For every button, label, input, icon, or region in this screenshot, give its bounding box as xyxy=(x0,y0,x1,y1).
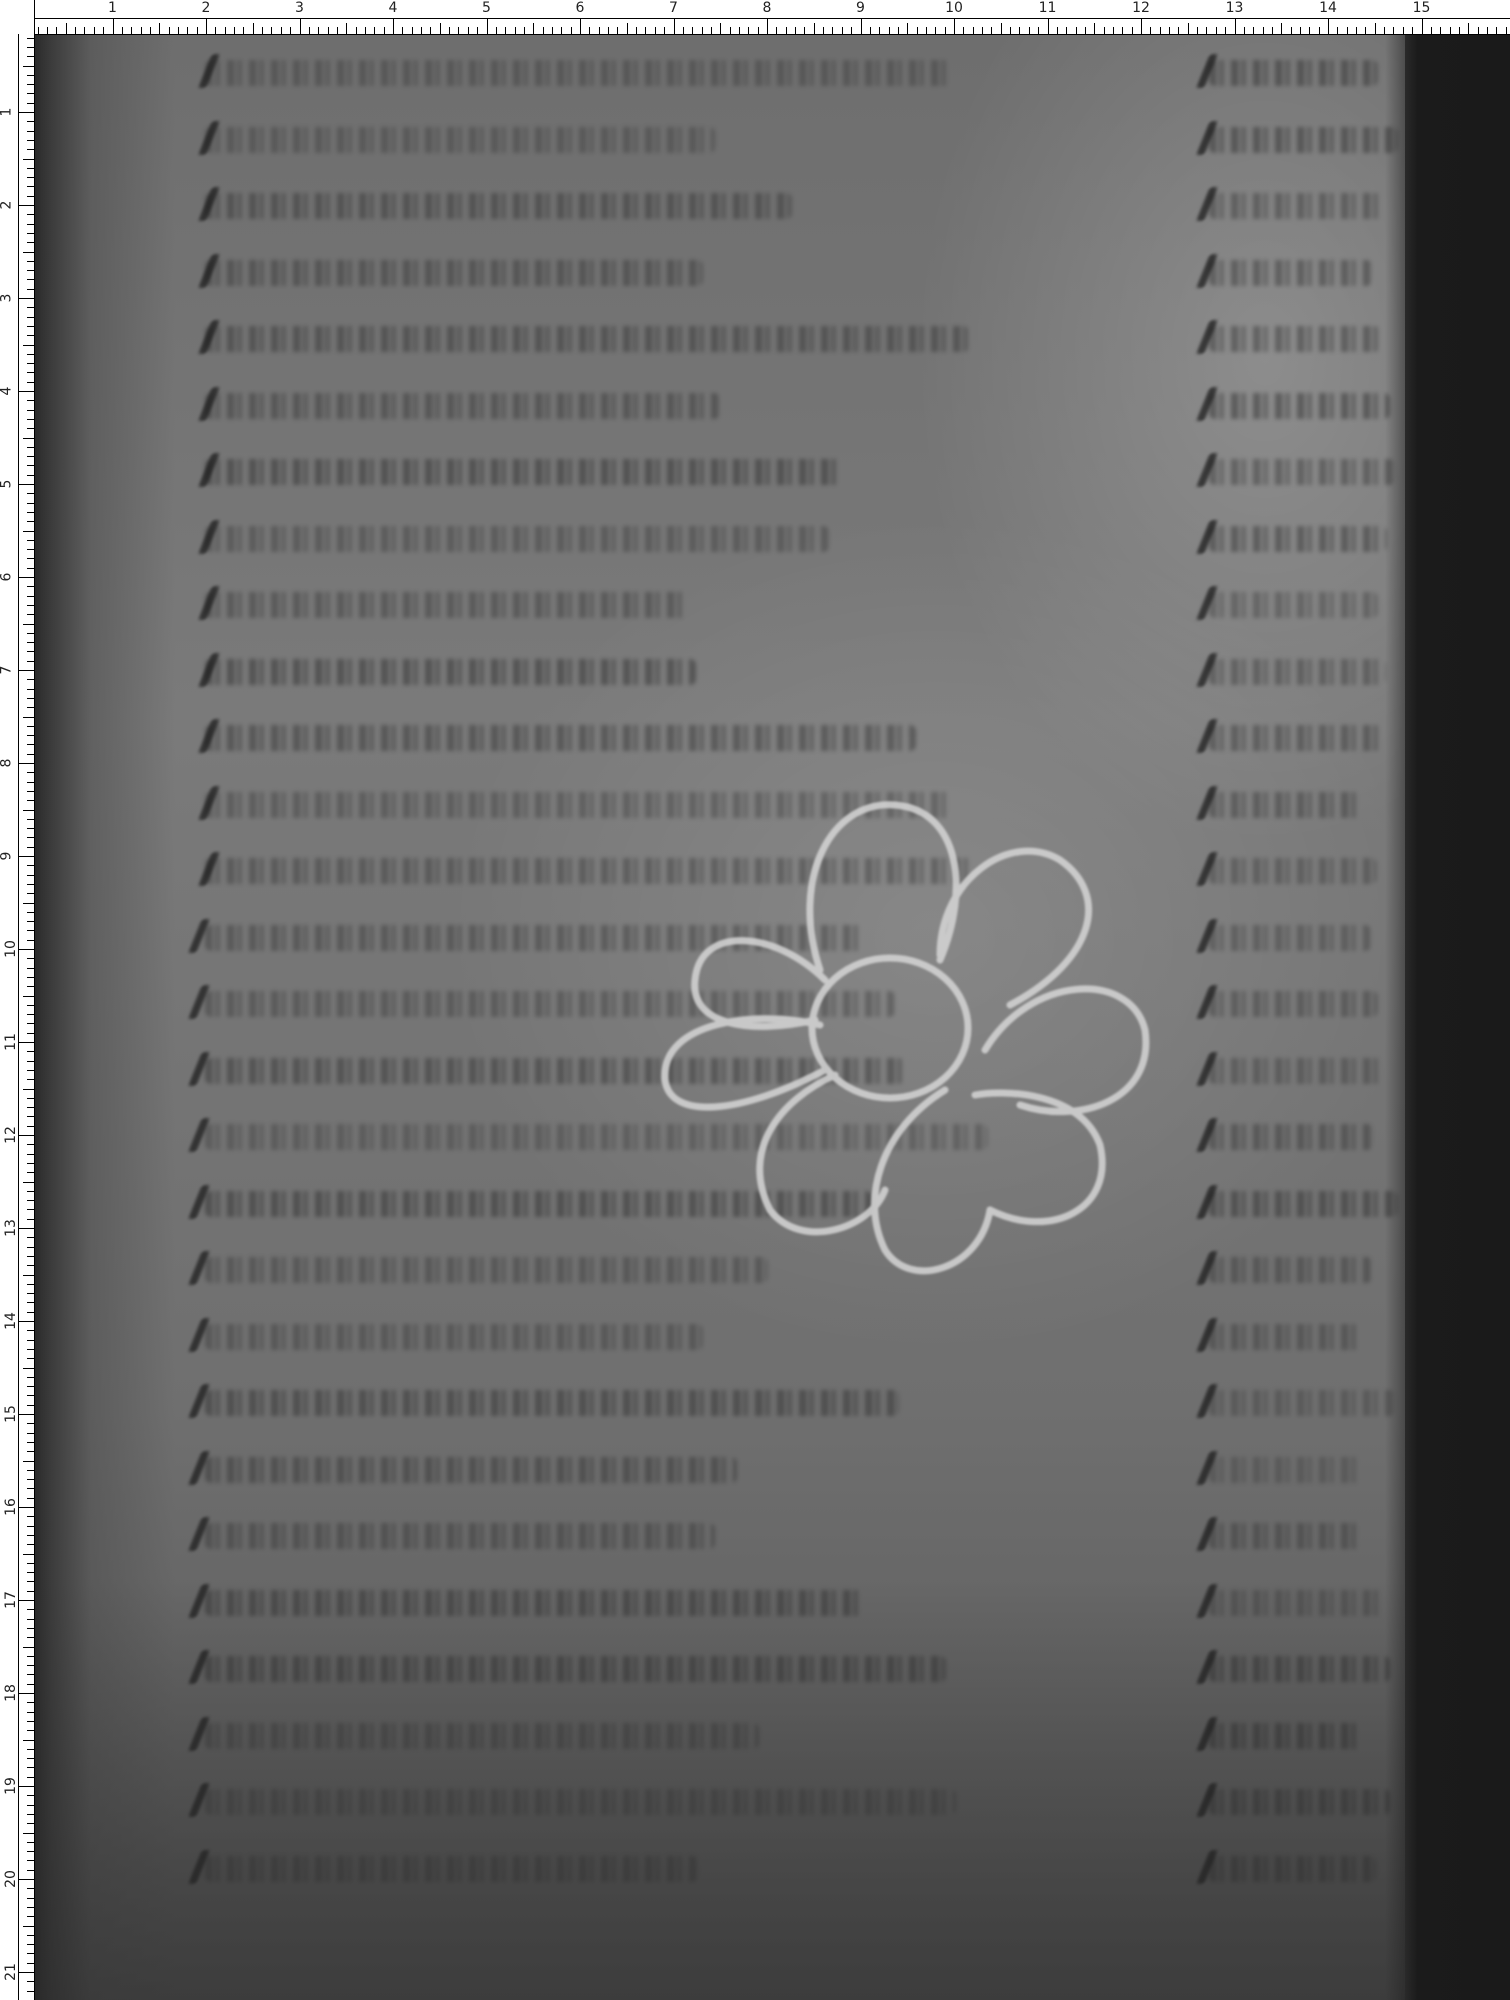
ruler-tick xyxy=(786,27,787,34)
manuscript-line xyxy=(1209,725,1381,751)
ruler-tick xyxy=(27,754,34,755)
manuscript-line xyxy=(1209,991,1378,1017)
ruler-tick xyxy=(720,23,721,34)
ruler-tick xyxy=(1263,27,1264,34)
ruler-tick xyxy=(27,279,34,280)
ruler-tick xyxy=(27,977,34,978)
ruler-tick xyxy=(702,27,703,34)
ruler-tick xyxy=(27,1256,34,1257)
ruler-tick xyxy=(1048,18,1049,34)
ruler-tick xyxy=(27,986,34,987)
manuscript-line xyxy=(1209,60,1378,86)
ruler-tick xyxy=(27,1358,34,1359)
ruler-tick xyxy=(1235,18,1236,34)
ruler-tick xyxy=(18,949,34,950)
ruler-tick xyxy=(27,317,34,318)
ruler-tick xyxy=(23,624,34,625)
ruler-tick xyxy=(1431,27,1432,34)
ruler-tick xyxy=(27,1163,34,1164)
ruler-tick xyxy=(870,27,871,34)
ruler-tick xyxy=(27,819,34,820)
manuscript-scan xyxy=(35,35,1510,2000)
ruler-tick xyxy=(23,810,34,811)
ruler-tick xyxy=(27,1916,34,1917)
ruler-tick xyxy=(27,1051,34,1052)
ruler-tick xyxy=(27,38,34,39)
ruler-tick xyxy=(711,27,712,34)
ruler-tick xyxy=(27,614,34,615)
ruler-tick xyxy=(27,419,34,420)
ruler-tick xyxy=(27,1237,34,1238)
ruler-tick xyxy=(27,1628,34,1629)
ruler-tick xyxy=(27,289,34,290)
manuscript-line xyxy=(205,659,696,685)
ruler-label: 4 xyxy=(389,0,398,16)
ruler-tick xyxy=(1085,27,1086,34)
ruler-tick xyxy=(27,1079,34,1080)
ruler-tick xyxy=(27,1312,34,1313)
ruler-tick xyxy=(27,1656,34,1657)
ruler-tick xyxy=(27,196,34,197)
ruler-tick xyxy=(27,1814,34,1815)
ruler-tick xyxy=(206,18,207,34)
ruler-tick xyxy=(487,18,488,34)
manuscript-line xyxy=(1209,1191,1398,1217)
ruler-tick xyxy=(243,27,244,34)
ruler-tick xyxy=(18,1693,34,1694)
ruler-tick xyxy=(1029,27,1030,34)
ruler-tick xyxy=(27,1823,34,1824)
manuscript-line xyxy=(1209,1124,1373,1150)
ruler-tick xyxy=(27,549,34,550)
ruler-tick xyxy=(23,903,34,904)
ruler-tick xyxy=(27,1005,34,1006)
ruler-tick xyxy=(18,1042,34,1043)
ruler-tick xyxy=(27,1116,34,1117)
manuscript-line xyxy=(205,60,953,86)
ruler-tick xyxy=(18,1321,34,1322)
ruler-corner xyxy=(0,0,34,34)
ruler-tick xyxy=(27,512,34,513)
ruler-tick xyxy=(27,1674,34,1675)
ruler-label: 7 xyxy=(0,666,14,675)
ruler-tick xyxy=(337,27,338,34)
ruler-tick xyxy=(23,66,34,67)
ruler-label: 3 xyxy=(0,294,14,303)
manuscript-line xyxy=(1209,858,1377,884)
ruler-label: 12 xyxy=(1132,0,1150,16)
ruler-label: 10 xyxy=(945,0,963,16)
ruler-label: 19 xyxy=(3,1777,19,1795)
ruler-tick xyxy=(131,27,132,34)
ruler-tick xyxy=(1300,27,1301,34)
ruler-tick xyxy=(27,791,34,792)
ruler-tick xyxy=(1066,27,1067,34)
ruler-label: 1 xyxy=(108,0,117,16)
ruler-tick xyxy=(945,27,946,34)
ruler-tick xyxy=(27,912,34,913)
ruler-tick xyxy=(75,27,76,34)
ruler-tick xyxy=(27,1591,34,1592)
ruler-tick xyxy=(94,27,95,34)
ruler-tick xyxy=(1309,27,1310,34)
ruler-tick xyxy=(84,27,85,34)
ruler-label: 21 xyxy=(3,1963,19,1981)
ruler-tick xyxy=(739,27,740,34)
ruler-tick xyxy=(113,18,114,34)
ruler-tick xyxy=(27,1098,34,1099)
ruler-tick xyxy=(27,1377,34,1378)
ruler-tick xyxy=(18,298,34,299)
ruler-tick xyxy=(27,382,34,383)
ruler-tick xyxy=(356,27,357,34)
ruler-tick xyxy=(27,698,34,699)
manuscript-line xyxy=(205,326,969,352)
ruler-label: 2 xyxy=(0,201,14,210)
ruler-label: 15 xyxy=(1413,0,1431,16)
ruler-tick xyxy=(477,27,478,34)
ruler-tick xyxy=(1076,27,1077,34)
ruler-tick xyxy=(27,521,34,522)
manuscript-line xyxy=(205,526,829,552)
manuscript-line xyxy=(1209,1523,1361,1549)
ruler-tick xyxy=(365,27,366,34)
ruler-tick xyxy=(27,893,34,894)
manuscript-line xyxy=(205,260,703,286)
ruler-tick xyxy=(27,1898,34,1899)
ruler-tick xyxy=(1412,27,1413,34)
ruler-tick xyxy=(505,27,506,34)
ruler-tick xyxy=(27,921,34,922)
ruler-tick xyxy=(1038,27,1039,34)
ruler-tick xyxy=(1468,23,1469,34)
ruler-label: 5 xyxy=(0,480,14,489)
ruler-tick xyxy=(27,410,34,411)
ruler-tick xyxy=(18,577,34,578)
ruler-tick xyxy=(23,1089,34,1090)
ruler-tick xyxy=(1057,27,1058,34)
ruler-tick xyxy=(758,27,759,34)
ruler-tick xyxy=(27,149,34,150)
ruler-tick xyxy=(1365,27,1366,34)
ruler-tick xyxy=(804,27,805,34)
ruler-tick xyxy=(27,140,34,141)
ruler-tick xyxy=(27,1172,34,1173)
ruler-tick xyxy=(27,1935,34,1936)
ruler-tick xyxy=(27,1405,34,1406)
ruler-tick xyxy=(27,307,34,308)
ruler-tick xyxy=(141,27,142,34)
ruler-tick xyxy=(27,1963,34,1964)
ruler-tick xyxy=(27,1953,34,1954)
ruler-tick xyxy=(18,1972,34,1973)
ruler-tick xyxy=(18,112,34,113)
ruler-tick xyxy=(27,1061,34,1062)
ruler-tick xyxy=(27,1870,34,1871)
ruler-tick xyxy=(27,828,34,829)
ruler-tick xyxy=(27,661,34,662)
ruler-tick xyxy=(27,1023,34,1024)
ruler-tick xyxy=(832,27,833,34)
ruler-tick xyxy=(27,679,34,680)
bottom-shadow xyxy=(35,1580,1510,2000)
ruler-tick xyxy=(1328,18,1329,34)
ruler-tick xyxy=(1122,27,1123,34)
ruler-tick xyxy=(1356,27,1357,34)
ruler-tick xyxy=(27,1284,34,1285)
ruler-tick xyxy=(674,18,675,34)
ruler-tick xyxy=(27,1944,34,1945)
ruler-tick xyxy=(27,744,34,745)
ruler-tick xyxy=(27,103,34,104)
ruler-tick xyxy=(23,159,34,160)
ruler-tick xyxy=(27,968,34,969)
ruler-tick xyxy=(27,1721,34,1722)
ruler-tick xyxy=(271,27,272,34)
ruler-tick xyxy=(27,1451,34,1452)
ruler-tick xyxy=(636,27,637,34)
ruler-tick xyxy=(374,27,375,34)
ruler-tick xyxy=(27,540,34,541)
ruler-tick xyxy=(608,27,609,34)
flower-drawing xyxy=(640,770,1160,1290)
ruler-tick xyxy=(23,1926,34,1927)
ruler-tick xyxy=(692,27,693,34)
ruler-tick xyxy=(27,75,34,76)
ruler-tick xyxy=(18,391,34,392)
manuscript-line xyxy=(205,1324,703,1350)
ruler-label: 17 xyxy=(3,1591,19,1609)
ruler-tick xyxy=(430,27,431,34)
ruler-tick xyxy=(18,1135,34,1136)
ruler-tick xyxy=(23,1833,34,1834)
ruler-tick xyxy=(27,689,34,690)
ruler-tick xyxy=(47,27,48,34)
ruler-tick xyxy=(496,27,497,34)
ruler-tick xyxy=(27,242,34,243)
ruler-tick xyxy=(27,1526,34,1527)
ruler-tick xyxy=(1393,27,1394,34)
ruler-tick xyxy=(178,27,179,34)
ruler-tick xyxy=(27,335,34,336)
ruler-tick xyxy=(27,735,34,736)
ruler-tick xyxy=(27,1572,34,1573)
ruler-tick xyxy=(627,23,628,34)
ruler-tick xyxy=(27,596,34,597)
ruler-tick xyxy=(197,27,198,34)
ruler-label: 11 xyxy=(3,1033,19,1051)
ruler-tick xyxy=(27,447,34,448)
ruler-label: 12 xyxy=(3,1126,19,1144)
ruler-label: 2 xyxy=(202,0,211,16)
ruler-tick xyxy=(861,18,862,34)
ruler-tick xyxy=(27,1581,34,1582)
ruler-tick xyxy=(402,27,403,34)
ruler-tick xyxy=(27,1265,34,1266)
ruler-tick xyxy=(27,782,34,783)
ruler-tick xyxy=(1178,27,1179,34)
ruler-tick xyxy=(27,261,34,262)
ruler-tick xyxy=(27,1795,34,1796)
ruler-tick xyxy=(1337,27,1338,34)
ruler-tick xyxy=(262,27,263,34)
ruler-tick xyxy=(1496,27,1497,34)
ruler-tick xyxy=(1132,27,1133,34)
ruler-tick xyxy=(27,1544,34,1545)
ruler-tick xyxy=(27,1144,34,1145)
ruler-tick xyxy=(27,726,34,727)
ruler-tick xyxy=(27,605,34,606)
ruler-label: 7 xyxy=(669,0,678,16)
manuscript-line xyxy=(1209,1390,1395,1416)
ruler-tick xyxy=(27,1219,34,1220)
ruler-tick xyxy=(543,27,544,34)
ruler-tick xyxy=(1001,23,1002,34)
ruler-tick xyxy=(617,27,618,34)
ruler-tick xyxy=(851,27,852,34)
ruler-tick xyxy=(215,27,216,34)
ruler-tick xyxy=(27,354,34,355)
ruler-tick xyxy=(571,27,572,34)
manuscript-line xyxy=(1209,260,1372,286)
ruler-tick xyxy=(533,23,534,34)
ruler-tick xyxy=(27,651,34,652)
ruler-tick xyxy=(27,428,34,429)
ruler-tick xyxy=(524,27,525,34)
ruler-tick xyxy=(1487,27,1488,34)
ruler-tick xyxy=(468,27,469,34)
ruler-tick xyxy=(776,27,777,34)
ruler-tick xyxy=(27,493,34,494)
ruler-tick xyxy=(27,1033,34,1034)
ruler-tick xyxy=(27,1191,34,1192)
ruler-tick xyxy=(27,875,34,876)
ruler-tick xyxy=(18,763,34,764)
ruler-tick xyxy=(580,18,581,34)
ruler-tick xyxy=(1440,27,1441,34)
ruler-tick xyxy=(27,1619,34,1620)
ruler-label: 9 xyxy=(0,852,14,861)
ruler-tick xyxy=(27,1851,34,1852)
ruler-tick xyxy=(1506,27,1507,34)
ruler-left: 0123456789101112131415161718192021 xyxy=(0,0,35,2000)
ruler-tick xyxy=(23,345,34,346)
ruler-tick xyxy=(1160,27,1161,34)
manuscript-line xyxy=(1209,326,1380,352)
ruler-tick xyxy=(449,27,450,34)
ruler-tick xyxy=(346,23,347,34)
ruler-tick xyxy=(917,27,918,34)
ruler-tick xyxy=(27,930,34,931)
ruler-tick xyxy=(150,27,151,34)
ruler-tick xyxy=(27,568,34,569)
ruler-label: 6 xyxy=(576,0,585,16)
ruler-tick xyxy=(328,27,329,34)
ruler-label: 3 xyxy=(295,0,304,16)
ruler-tick xyxy=(27,1991,34,1992)
ruler-tick xyxy=(1319,27,1320,34)
ruler-tick xyxy=(440,23,441,34)
ruler-tick xyxy=(1244,27,1245,34)
ruler-tick xyxy=(954,18,955,34)
ruler-tick xyxy=(27,1154,34,1155)
ruler-tick xyxy=(458,27,459,34)
ruler-tick xyxy=(23,1182,34,1183)
ruler-tick xyxy=(384,27,385,34)
ruler-tick xyxy=(1141,18,1142,34)
ruler-tick xyxy=(27,177,34,178)
ruler-tick xyxy=(23,438,34,439)
ruler-tick xyxy=(982,27,983,34)
ruler-tick xyxy=(1113,27,1114,34)
ruler-tick xyxy=(27,1479,34,1480)
ruler-label: 20 xyxy=(3,1870,19,1888)
ruler-tick xyxy=(27,772,34,773)
ruler-tick xyxy=(1422,18,1423,34)
ruler-tick xyxy=(187,27,188,34)
ruler-tick xyxy=(27,168,34,169)
ruler-tick xyxy=(27,558,34,559)
ruler-tick xyxy=(27,642,34,643)
ruler-tick xyxy=(56,27,57,34)
ruler-tick xyxy=(1019,27,1020,34)
ruler-tick xyxy=(300,18,301,34)
ruler-top-baseline xyxy=(19,18,1510,19)
ruler-tick xyxy=(27,1609,34,1610)
ruler-tick xyxy=(27,1516,34,1517)
ruler-label: 16 xyxy=(3,1498,19,1516)
ruler-label: 11 xyxy=(1039,0,1057,16)
ruler-tick xyxy=(27,1749,34,1750)
ruler-tick xyxy=(27,1488,34,1489)
ruler-tick xyxy=(225,27,226,34)
ruler-tick xyxy=(23,1647,34,1648)
ruler-tick xyxy=(27,1860,34,1861)
ruler-tick xyxy=(907,23,908,34)
ruler-tick xyxy=(27,1433,34,1434)
manuscript-line xyxy=(205,725,916,751)
ruler-label: 13 xyxy=(3,1219,19,1237)
ruler-tick xyxy=(27,400,34,401)
ruler-tick xyxy=(27,1712,34,1713)
ruler-tick xyxy=(27,475,34,476)
ruler-tick xyxy=(122,27,123,34)
ruler-tick xyxy=(27,1107,34,1108)
ruler-tick xyxy=(27,1200,34,1201)
ruler-tick xyxy=(27,1340,34,1341)
manuscript-line xyxy=(205,459,841,485)
ruler-label: 8 xyxy=(763,0,772,16)
ruler-tick xyxy=(27,1302,34,1303)
ruler-tick xyxy=(27,131,34,132)
ruler-tick xyxy=(23,1275,34,1276)
ruler-tick xyxy=(27,1209,34,1210)
ruler-tick xyxy=(1347,27,1348,34)
ruler-tick xyxy=(664,27,665,34)
ruler-tick xyxy=(27,707,34,708)
ruler-tick xyxy=(27,884,34,885)
ruler-tick xyxy=(27,47,34,48)
ruler-tick xyxy=(1104,27,1105,34)
manuscript-line xyxy=(1209,592,1378,618)
manuscript-line xyxy=(1209,393,1390,419)
ruler-tick xyxy=(27,1981,34,1982)
ruler-tick xyxy=(27,1330,34,1331)
ruler-tick xyxy=(991,27,992,34)
ruler-tick xyxy=(18,205,34,206)
ruler-tick xyxy=(253,23,254,34)
ruler-tick xyxy=(27,56,34,57)
